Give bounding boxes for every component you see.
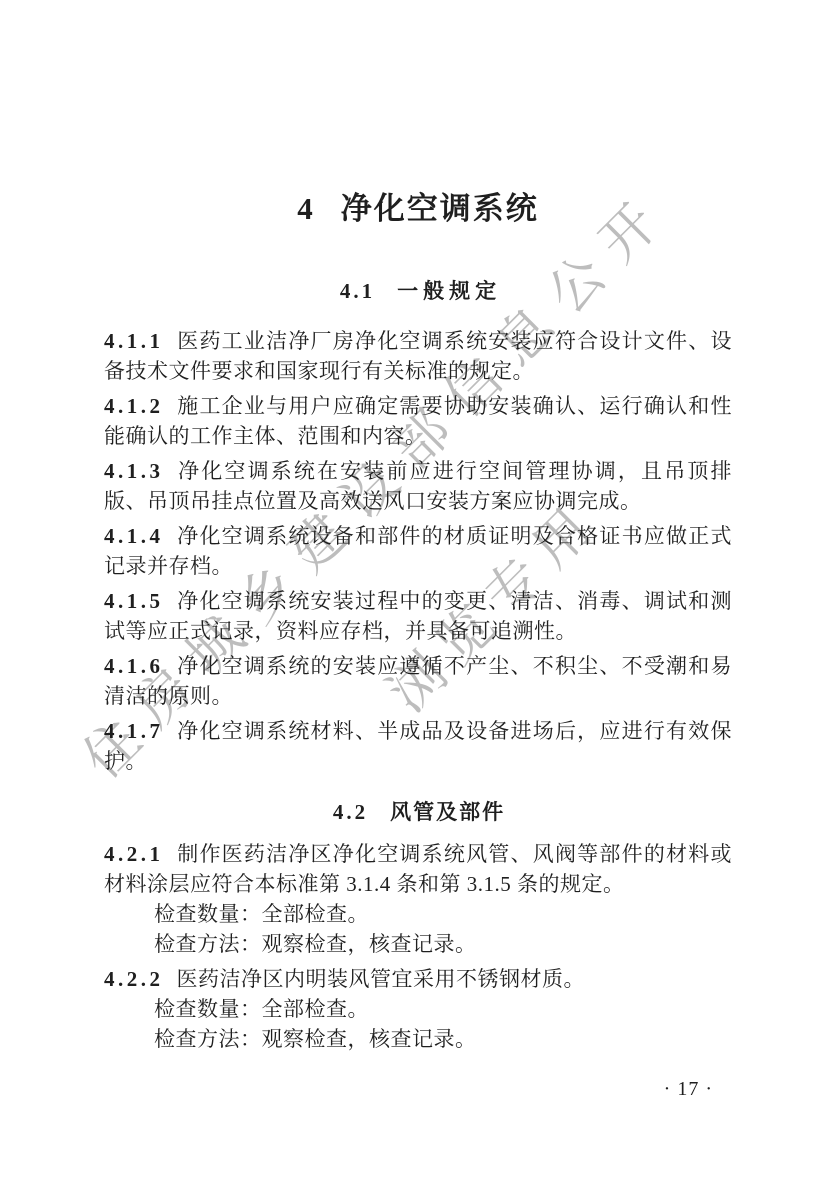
check-quantity-line: 检查数量：全部检查。 [104,994,732,1024]
chapter-number: 4 [297,191,315,226]
clause-4-1-7: 4.1.7净化空调系统材料、半成品及设备进场后，应进行有效保护。 [104,716,732,776]
section-title: 风管及部件 [390,801,505,824]
clause-4-1-5: 4.1.5净化空调系统安装过程中的变更、清洁、消毒、调试和测试等应正式记录，资料… [104,586,732,646]
clause-4-1-6: 4.1.6净化空调系统的安装应遵循不产尘、不积尘、不受潮和易清洁的原则。 [104,651,732,711]
clause-number: 4.1.2 [104,394,164,418]
section-heading-4-1: 4.1一般规定 [104,276,732,307]
clause-text: 净化空调系统的安装应遵循不产尘、不积尘、不受潮和易清洁的原则。 [104,654,732,708]
clause-number: 4.1.3 [104,459,164,483]
check-method-line: 检查方法：观察检查，核查记录。 [104,929,732,959]
clause-4-1-4: 4.1.4净化空调系统设备和部件的材质证明及合格证书应做正式记录并存档。 [104,521,732,581]
section-heading-4-2: 4.2风管及部件 [104,797,732,828]
content-column: 4净化空调系统 4.1一般规定 4.1.1医药工业洁净厂房净化空调系统安装应符合… [104,0,732,1054]
clause-4-1-1: 4.1.1医药工业洁净厂房净化空调系统安装应符合设计文件、设备技术文件要求和国家… [104,326,732,386]
document-page: 住房城乡建设部信息公开 浏览专用 4净化空调系统 4.1一般规定 4.1.1医药… [0,0,827,1200]
chapter-heading: 4净化空调系统 [104,188,732,230]
clause-4-1-2: 4.1.2施工企业与用户应确定需要协助安装确认、运行确认和性能确认的工作主体、范… [104,391,732,451]
clause-text: 医药洁净区内明装风管宜采用不锈钢材质。 [177,967,586,991]
check-quantity-line: 检查数量：全部检查。 [104,899,732,929]
clause-4-2-2: 4.2.2医药洁净区内明装风管宜采用不锈钢材质。 [104,964,732,994]
section-title: 一般规定 [397,280,501,303]
clause-number: 4.1.4 [104,524,164,548]
check-method-line: 检查方法：观察检查，核查记录。 [104,1024,732,1054]
clause-number: 4.1.6 [104,654,164,678]
clause-text: 医药工业洁净厂房净化空调系统安装应符合设计文件、设备技术文件要求和国家现行有关标… [104,329,732,383]
clause-text: 净化空调系统在安装前应进行空间管理协调，且吊顶排版、吊顶吊挂点位置及高效送风口安… [104,459,732,513]
clause-text: 净化空调系统设备和部件的材质证明及合格证书应做正式记录并存档。 [104,524,732,578]
page-number: · 17 · [664,1078,713,1101]
clause-text: 净化空调系统安装过程中的变更、清洁、消毒、调试和测试等应正式记录，资料应存档，并… [104,589,732,643]
clause-text: 净化空调系统材料、半成品及设备进场后，应进行有效保护。 [104,719,732,773]
clause-4-2-1: 4.2.1制作医药洁净区净化空调系统风管、风阀等部件的材料或材料涂层应符合本标准… [104,839,732,899]
clause-text: 施工企业与用户应确定需要协助安装确认、运行确认和性能确认的工作主体、范围和内容。 [104,394,732,448]
clause-number: 4.1.5 [104,589,164,613]
clause-4-1-3: 4.1.3净化空调系统在安装前应进行空间管理协调，且吊顶排版、吊顶吊挂点位置及高… [104,456,732,516]
section-number: 4.1 [340,279,375,303]
clause-text: 制作医药洁净区净化空调系统风管、风阀等部件的材料或材料涂层应符合本标准第 3.1… [104,842,732,896]
clause-number: 4.2.2 [104,967,164,991]
section-number: 4.2 [333,800,368,824]
clause-number: 4.2.1 [104,842,164,866]
clause-number: 4.1.1 [104,329,164,353]
chapter-title: 净化空调系统 [341,191,539,226]
clause-number: 4.1.7 [104,719,164,743]
